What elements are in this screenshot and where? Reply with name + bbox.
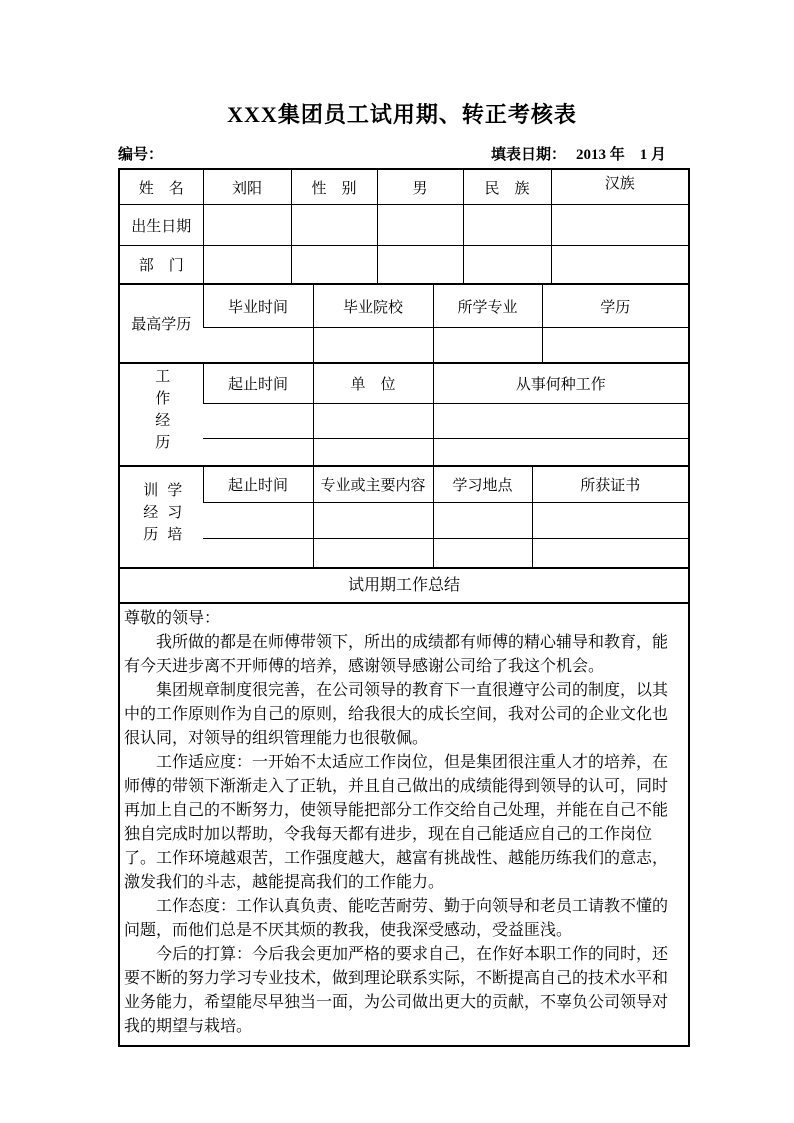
education-col-header-degree: 学历 (542, 285, 688, 328)
summary-paragraph: 工作态度：工作认真负责、能吃苦耐劳、勤于向领导和老员工请教不懂的问题，而他们总是… (124, 895, 683, 943)
page-title: XXX集团员工试用期、转正考核表 (118, 98, 686, 129)
training-col-header-period: 起止时间 (203, 467, 313, 503)
name-value-cell[interactable]: 刘阳 (203, 170, 291, 205)
blank-cell[interactable] (433, 404, 688, 439)
training-table: 学习培训经历 起止时间 专业或主要内容 学习地点 所获证书 (120, 467, 688, 567)
work-col-header-employer: 单 位 (313, 364, 433, 404)
table-row: 学习培训经历 起止时间 专业或主要内容 学习地点 所获证书 (120, 467, 688, 503)
training-section: 学习培训经历 起止时间 专业或主要内容 学习地点 所获证书 (120, 465, 688, 567)
blank-cell[interactable] (203, 539, 313, 568)
table-row (120, 328, 688, 363)
work-col-header-job-type: 从事何种工作 (433, 364, 688, 404)
ethnicity-label-cell: 民 族 (463, 170, 551, 205)
birth-date-label-cell: 出生日期 (120, 205, 203, 246)
blank-cell[interactable] (203, 205, 291, 246)
summary-paragraph: 工作适应度：一开始不太适应工作岗位，但是集团很注重人才的培养，在师傅的带领下渐渐… (124, 751, 683, 895)
table-row: 工作经历 起止时间 单 位 从事何种工作 (120, 364, 688, 404)
blank-cell[interactable] (532, 503, 688, 539)
blank-cell[interactable] (313, 328, 433, 363)
blank-cell[interactable] (433, 439, 688, 465)
table-row (120, 503, 688, 539)
blank-cell[interactable] (532, 539, 688, 568)
blank-cell[interactable] (463, 205, 551, 246)
work-experience-section-label-cell: 工作经历 (120, 364, 203, 465)
table-row: 出生日期 (120, 205, 688, 246)
table-row (120, 539, 688, 568)
education-section-label-cell: 最高学历 (120, 285, 203, 362)
fill-date-label: 填表日期： (491, 147, 566, 163)
blank-cell[interactable] (313, 404, 433, 439)
table-row: 姓 名 刘阳 性 别 男 民 族 汉族 (120, 170, 688, 205)
blank-cell[interactable] (551, 246, 688, 284)
education-col-header-grad-time: 毕业时间 (203, 285, 313, 328)
basic-info-section: 姓 名 刘阳 性 别 男 民 族 汉族 出生日期 部 门 (120, 170, 688, 283)
work-experience-table: 工作经历 起止时间 单 位 从事何种工作 (120, 364, 688, 465)
table-row (120, 439, 688, 465)
fill-date-value: 2013 年 1 月 (576, 147, 666, 163)
training-section-label-cell: 学习培训经历 (120, 467, 203, 567)
summary-paragraph: 集团规章制度很完善，在公司领导的教育下一直很遵守公司的制度，以其中的工作原则作为… (124, 679, 683, 751)
blank-cell[interactable] (377, 246, 463, 284)
training-col-header-content: 专业或主要内容 (313, 467, 433, 503)
name-label-cell: 姓 名 (120, 170, 203, 205)
summary-paragraph: 今后的打算：今后我会更加严格的要求自己，在作好本职工作的同时，还要不断的努力学习… (124, 943, 683, 1039)
blank-cell[interactable] (291, 205, 377, 246)
work-experience-vertical-label: 工作经历 (149, 364, 173, 460)
table-row: 最高学历 毕业时间 毕业院校 所学专业 学历 (120, 285, 688, 328)
education-section: 最高学历 毕业时间 毕业院校 所学专业 学历 (120, 283, 688, 362)
blank-cell[interactable] (313, 539, 433, 568)
summary-paragraph-salutation: 尊敬的领导： (124, 607, 683, 631)
gender-label-cell: 性 别 (291, 170, 377, 205)
blank-cell[interactable] (433, 539, 532, 568)
work-experience-section: 工作经历 起止时间 单 位 从事何种工作 (120, 362, 688, 465)
work-col-header-period: 起止时间 (203, 364, 313, 404)
education-table: 最高学历 毕业时间 毕业院校 所学专业 学历 (120, 285, 688, 362)
table-row (120, 404, 688, 439)
training-vertical-label: 学习培训经历 (137, 475, 185, 555)
department-label-cell: 部 门 (120, 246, 203, 284)
blank-cell[interactable] (377, 205, 463, 246)
blank-cell[interactable] (463, 246, 551, 284)
form-meta-row: 编号： 填表日期：2013 年 1 月 (118, 143, 686, 164)
blank-cell[interactable] (203, 246, 291, 284)
blank-cell[interactable] (203, 503, 313, 539)
blank-cell[interactable] (542, 328, 688, 363)
basic-info-table: 姓 名 刘阳 性 别 男 民 族 汉族 出生日期 部 门 (120, 170, 688, 283)
summary-paragraph: 我所做的都是在师傅带领下，所出的成绩都有师傅的精心辅导和教育，能有今天进步离不开… (124, 631, 683, 679)
fill-date: 填表日期：2013 年 1 月 (491, 143, 666, 164)
summary-title: 试用期工作总结 (120, 567, 688, 602)
education-col-header-major: 所学专业 (433, 285, 542, 328)
education-col-header-school: 毕业院校 (313, 285, 433, 328)
ethnicity-value-cell[interactable]: 汉族 (551, 170, 688, 205)
blank-cell[interactable] (551, 205, 688, 246)
training-col-header-location: 学习地点 (433, 467, 532, 503)
gender-value-cell[interactable]: 男 (377, 170, 463, 205)
blank-cell[interactable] (203, 328, 313, 363)
blank-cell[interactable] (433, 328, 542, 363)
blank-cell[interactable] (291, 246, 377, 284)
blank-cell[interactable] (433, 503, 532, 539)
table-row: 部 门 (120, 246, 688, 284)
document-page: XXX集团员工试用期、转正考核表 编号： 填表日期：2013 年 1 月 姓 名… (0, 0, 794, 1047)
blank-cell[interactable] (313, 439, 433, 465)
serial-number-label: 编号： (118, 143, 163, 164)
blank-cell[interactable] (313, 503, 433, 539)
blank-cell[interactable] (203, 439, 313, 465)
assessment-form: 姓 名 刘阳 性 别 男 民 族 汉族 出生日期 部 门 (118, 168, 690, 1047)
summary-body[interactable]: 尊敬的领导： 我所做的都是在师傅带领下，所出的成绩都有师傅的精心辅导和教育，能有… (120, 602, 688, 1045)
blank-cell[interactable] (203, 404, 313, 439)
training-col-header-certificate: 所获证书 (532, 467, 688, 503)
